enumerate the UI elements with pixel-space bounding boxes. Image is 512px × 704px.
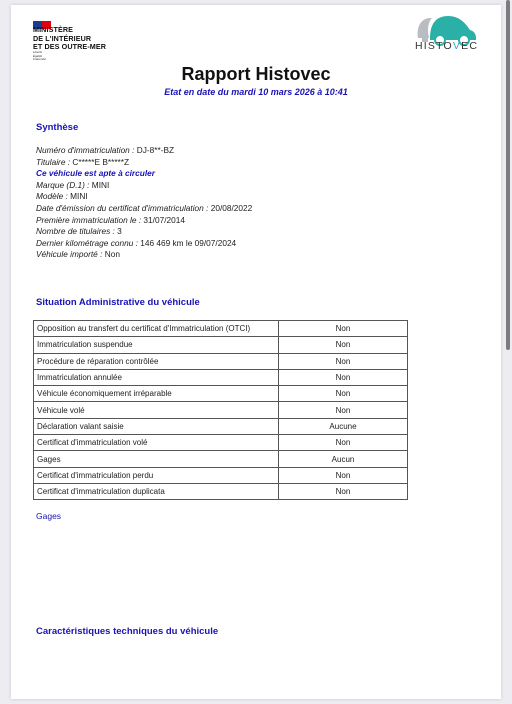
field-label: Titulaire : [36, 157, 70, 167]
row-label: Opposition au transfert du certificat d'… [34, 321, 279, 337]
table-row: Déclaration valant saisieAucune [34, 418, 408, 434]
field-value: C*****E B*****Z [70, 157, 129, 167]
row-value: Non [279, 369, 408, 385]
row-label: Certificat d'immatriculation duplicata [34, 483, 279, 499]
field-label: Numéro d'immatriculation : [36, 145, 134, 155]
table-row: Certificat d'immatriculation duplicataNo… [34, 483, 408, 499]
logo-suffix: EC [461, 40, 478, 52]
field-value: 20/08/2022 [208, 203, 252, 213]
situation-table: Opposition au transfert du certificat d'… [33, 320, 408, 500]
row-value: Non [279, 353, 408, 369]
row-value: Non [279, 386, 408, 402]
field-label: Marque (D.1) : [36, 180, 89, 190]
field-kilometrage: Dernier kilométrage connu : 146 469 km l… [36, 238, 252, 250]
table-row: Immatriculation annuléeNon [34, 369, 408, 385]
field-value: 3 [115, 226, 122, 236]
field-value: Non [102, 249, 120, 259]
table-row: GagesAucun [34, 451, 408, 467]
row-label: Véhicule volé [34, 402, 279, 418]
table-row: Véhicule voléNon [34, 402, 408, 418]
field-marque: Marque (D.1) : MINI [36, 180, 252, 192]
row-label: Gages [34, 451, 279, 467]
motto-line: Fraternité [33, 58, 46, 62]
field-label: Dernier kilométrage connu : [36, 238, 138, 248]
row-label: Certificat d'immatriculation perdu [34, 467, 279, 483]
table-row: Opposition au transfert du certificat d'… [34, 321, 408, 337]
field-label: Modèle : [36, 191, 68, 201]
row-label: Déclaration valant saisie [34, 418, 279, 434]
table-row: Procédure de réparation contrôléeNon [34, 353, 408, 369]
histovec-logo-text: HISTOVEC [415, 40, 478, 52]
table-row: Certificat d'immatriculation perduNon [34, 467, 408, 483]
field-value: DJ-8**-BZ [134, 145, 174, 155]
row-label: Immatriculation suspendue [34, 337, 279, 353]
field-label: Date d'émission du certificat d'immatric… [36, 203, 208, 213]
row-value: Aucune [279, 418, 408, 434]
report-title: Rapport Histovec [0, 64, 512, 85]
field-value: MINI [68, 191, 88, 201]
situation-heading: Situation Administrative du véhicule [36, 297, 200, 308]
ministry-name: MINISTÈRE DE L'INTÉRIEUR ET DES OUTRE-ME… [33, 26, 106, 52]
row-label: Certificat d'immatriculation volé [34, 435, 279, 451]
table-row: Véhicule économiquement irréparableNon [34, 386, 408, 402]
field-value: 146 469 km le 09/07/2024 [138, 238, 236, 248]
republic-motto: Liberté Égalité Fraternité [33, 51, 46, 62]
row-value: Non [279, 337, 408, 353]
row-value: Non [279, 467, 408, 483]
field-titulaire: Titulaire : C*****E B*****Z [36, 157, 252, 169]
field-modele: Modèle : MINI [36, 191, 252, 203]
field-nb-titulaires: Nombre de titulaires : 3 [36, 226, 252, 238]
row-label: Immatriculation annulée [34, 369, 279, 385]
circulation-status: Ce véhicule est apte à circuler [36, 168, 252, 180]
field-label: Première immatriculation le : [36, 215, 141, 225]
gages-link[interactable]: Gages [36, 511, 61, 521]
table-row: Immatriculation suspendueNon [34, 337, 408, 353]
row-value: Non [279, 435, 408, 451]
field-date-emission: Date d'émission du certificat d'immatric… [36, 203, 252, 215]
field-immatriculation: Numéro d'immatriculation : DJ-8**-BZ [36, 145, 252, 157]
report-date: Etat en date du mardi 10 mars 2026 à 10:… [0, 87, 512, 97]
row-value: Non [279, 402, 408, 418]
row-value: Non [279, 483, 408, 499]
table-row: Certificat d'immatriculation voléNon [34, 435, 408, 451]
field-value: MINI [89, 180, 109, 190]
row-label: Véhicule économiquement irréparable [34, 386, 279, 402]
row-label: Procédure de réparation contrôlée [34, 353, 279, 369]
row-value: Non [279, 321, 408, 337]
field-label: Nombre de titulaires : [36, 226, 115, 236]
scrollbar-thumb[interactable] [506, 0, 510, 350]
logo-prefix: HISTO [415, 40, 453, 52]
row-value: Aucun [279, 451, 408, 467]
caracteristiques-heading: Caractéristiques techniques du véhicule [36, 626, 218, 637]
field-premiere-immat: Première immatriculation le : 31/07/2014 [36, 215, 252, 227]
field-label: Véhicule importé : [36, 249, 102, 259]
synthese-heading: Synthèse [36, 122, 78, 133]
field-value: 31/07/2014 [141, 215, 185, 225]
synthese-fields: Numéro d'immatriculation : DJ-8**-BZ Tit… [36, 145, 252, 261]
french-flag-icon [33, 16, 51, 24]
field-importe: Véhicule importé : Non [36, 249, 252, 261]
logo-accent: V [453, 40, 461, 52]
